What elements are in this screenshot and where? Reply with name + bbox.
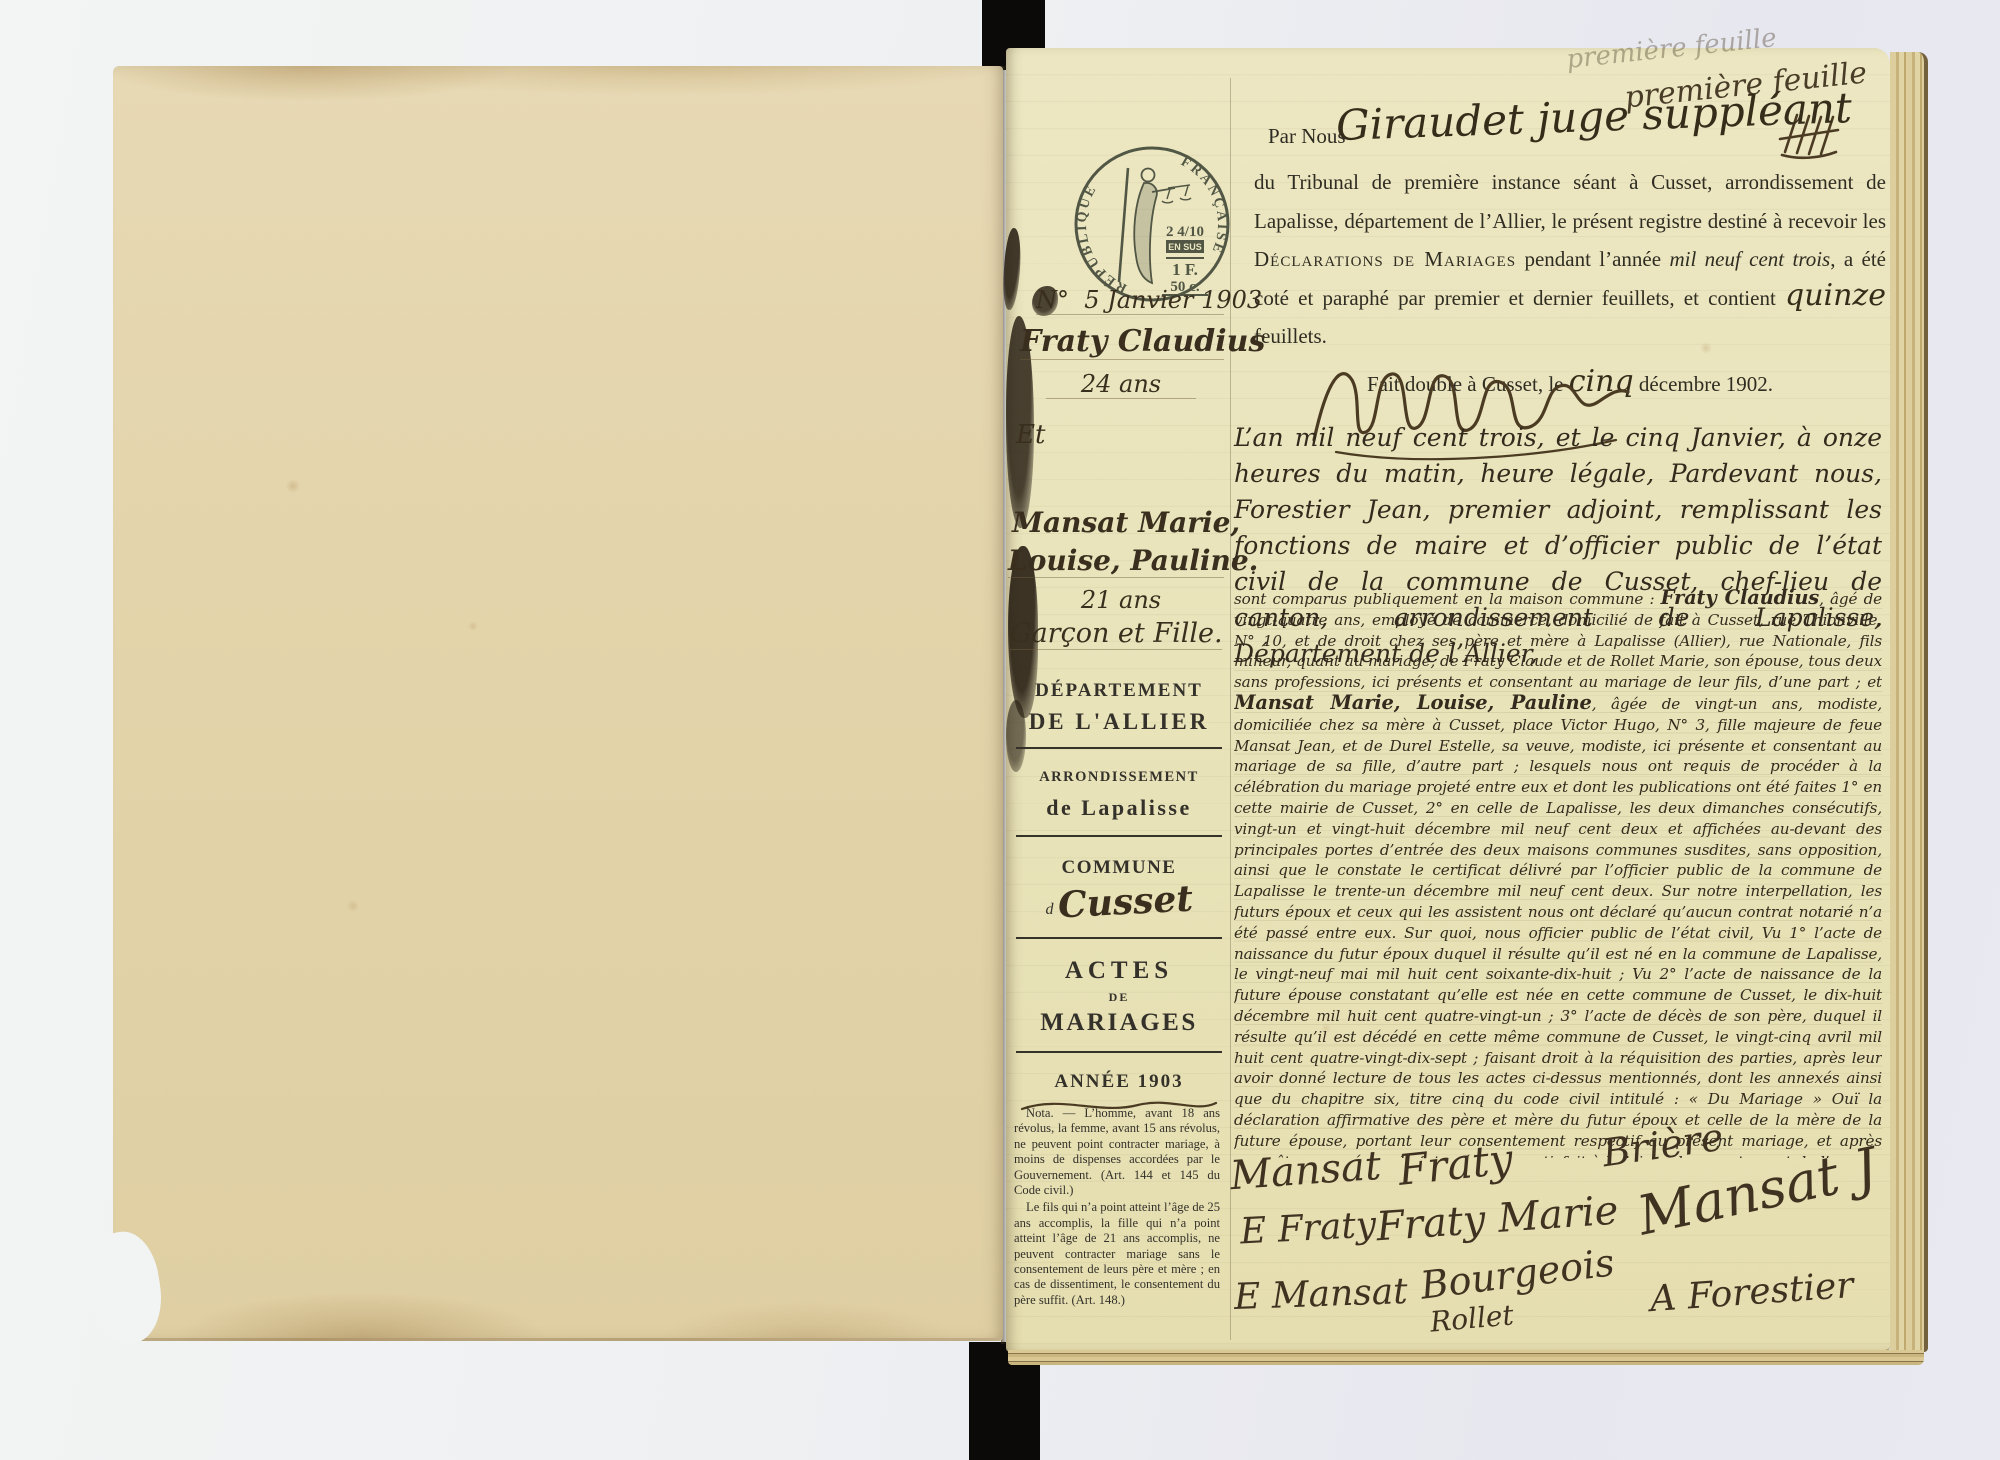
act-body-text: sont comparus publiquement en la maison … <box>1234 588 1882 1158</box>
revenue-stamp: RÉPUBLIQUE FRANÇAISE 2 4/10 EN SUS 1 F. … <box>1072 144 1232 304</box>
justice-staff <box>1119 168 1128 282</box>
margin-numero: N° <box>1036 286 1069 314</box>
margin-printed-block: DÉPARTEMENT DE L'ALLIER ARRONDISSEMENT d… <box>1016 670 1222 1122</box>
book-bottom-page-edges <box>1008 1350 1924 1365</box>
stamp-duty-top: 2 4/10 <box>1166 224 1204 240</box>
margin-et: Et <box>1016 420 1045 450</box>
declarations-smallcaps: Déclarations de Mariages <box>1254 247 1516 271</box>
actes-line1: ACTES <box>1016 957 1222 985</box>
commune-label: COMMUNE <box>1016 857 1222 879</box>
header-line3: Lapalisse, département de l’Allier, le p… <box>1254 209 1886 233</box>
commune-handwritten: Cusset <box>1057 877 1194 926</box>
margin-garcon-fille: Garçon et Fille. <box>1010 618 1222 650</box>
feuillets-count-hw: quinze <box>1785 278 1886 313</box>
scanned-register-spread: { "annotations": { "premiere_feuille": "… <box>0 0 2000 1460</box>
commune-value: d Cusset <box>1016 881 1222 933</box>
margin-rule <box>1016 1051 1222 1053</box>
stamp-franc: 1 F. <box>1172 260 1198 279</box>
margin-rule <box>1016 835 1222 837</box>
departement-label: DÉPARTEMENT <box>1016 680 1222 702</box>
margin-date: 5 Janvier 1903 <box>1084 286 1262 314</box>
annee-italic: mil neuf cent trois <box>1669 247 1830 271</box>
margin-groom-age: 24 ans <box>1046 370 1196 399</box>
stamp-duty-band: EN SUS <box>1168 242 1202 252</box>
justice-scales <box>1162 185 1191 203</box>
nota-paragraph-2: Le fils qui n’a point atteint l’âge de 2… <box>1014 1200 1220 1308</box>
signature-fraty-1: Fraty <box>1396 1134 1515 1195</box>
nota-paragraph-1: Nota. — L’homme, avant 18 ans révolus, l… <box>1014 1106 1220 1198</box>
margin-rule <box>1016 937 1222 939</box>
signature-forestier: A Forestier <box>1649 1265 1855 1320</box>
margin-act-number-date: N° 5 Janvier 1903 <box>1036 286 1224 315</box>
signature-mansat-1: Mansat <box>1229 1143 1383 1199</box>
left-blank-page <box>113 66 1003 1341</box>
signature-bourgeois: Bourgeois <box>1418 1240 1617 1307</box>
signature-e-fraty: E Fraty <box>1239 1204 1377 1252</box>
signature-fraty-marie: Fraty Marie <box>1375 1188 1620 1251</box>
header-line2: du Tribunal de première instance séant à… <box>1254 170 1886 194</box>
margin-bride-name-2: Louise, Pauline. <box>1008 544 1224 578</box>
actes-line2: DE <box>1016 990 1222 1005</box>
departement-value: DE L'ALLIER <box>1016 709 1222 735</box>
margin-bride-age: 21 ans <box>1046 586 1196 614</box>
arrondissement-label: ARRONDISSEMENT <box>1016 769 1222 786</box>
margin-groom-name: Fraty Claudius <box>1020 324 1224 360</box>
register-header-paragraph: du Tribunal de première instance séant à… <box>1254 163 1886 356</box>
book-fore-edge-pages <box>1890 52 1928 1352</box>
arrondissement-value: de Lapalisse <box>1016 795 1222 821</box>
margin-bride-name-1: Mansat Marie, <box>1012 506 1240 539</box>
nota-legal-note: Nota. — L’homme, avant 18 ans révolus, l… <box>1014 1106 1220 1308</box>
commune-d: d <box>1046 901 1054 918</box>
justice-head <box>1142 169 1155 182</box>
actes-line3: MARIAGES <box>1016 1009 1222 1037</box>
signature-rollet: Rollet <box>1429 1298 1515 1338</box>
margin-rule <box>1016 747 1222 749</box>
right-register-page: première feuille première feuille RÉPUBL… <box>1006 48 1890 1352</box>
justice-robe <box>1134 183 1157 283</box>
annee-label: ANNÉE 1903 <box>1016 1071 1222 1093</box>
signature-e-mansat: E Mansat <box>1233 1271 1408 1318</box>
